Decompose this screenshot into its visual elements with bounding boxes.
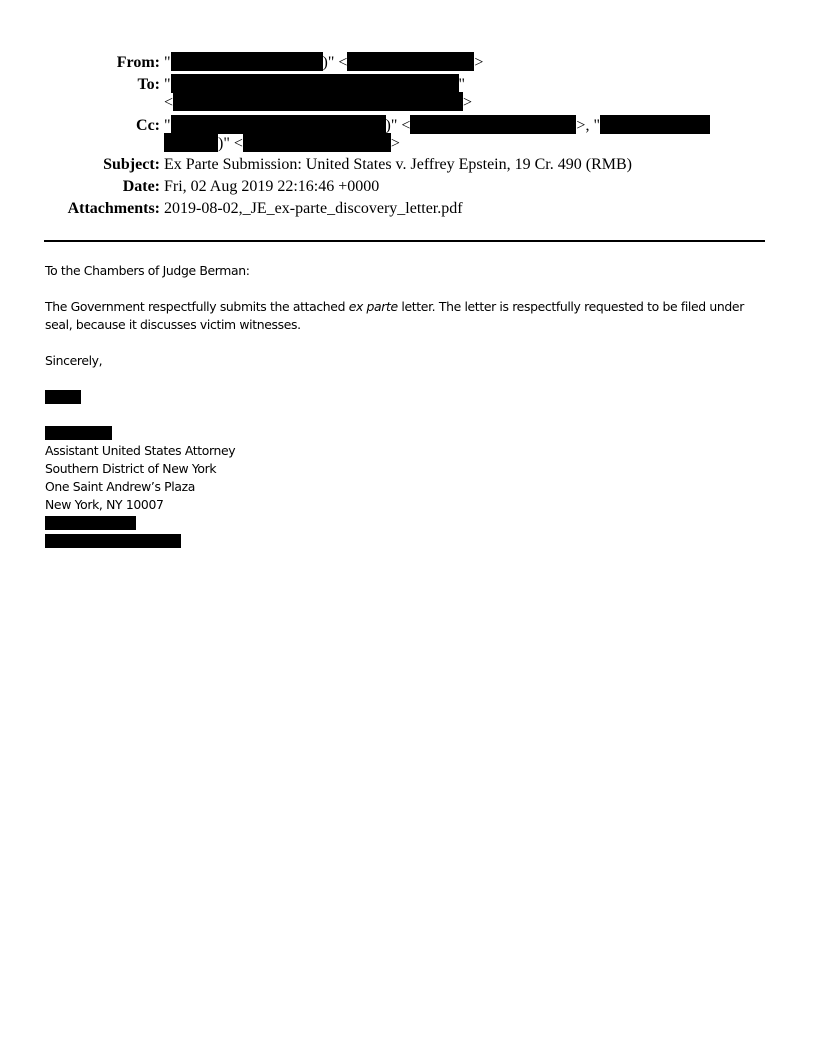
punct: )" <	[218, 135, 243, 152]
attachments-label: Attachments:	[68, 198, 160, 220]
redaction-cc-name-1	[171, 115, 386, 134]
punct: >, "	[576, 117, 600, 134]
redaction-cc-name-2a	[600, 115, 710, 134]
italic-text: ex parte	[349, 299, 398, 314]
subject-label: Subject:	[103, 154, 160, 176]
body-paragraph-line-2: seal, because it discusses victim witnes…	[45, 316, 301, 334]
attachment-filename[interactable]: 2019-08-02,_JE_ex-parte_discovery_letter…	[164, 198, 463, 220]
date-label: Date:	[123, 176, 160, 198]
redaction-signature-name	[45, 390, 81, 404]
text: The Government respectfully submits the …	[45, 299, 349, 314]
signature-address-city: New York, NY 10007	[45, 496, 164, 514]
signature-title: Assistant United States Attorney	[45, 442, 235, 460]
signature-office: Southern District of New York	[45, 460, 216, 478]
closing: Sincerely,	[45, 352, 102, 370]
redaction-signature-phone	[45, 516, 136, 530]
quote: "	[459, 76, 466, 93]
redaction-cc-address-1	[410, 115, 576, 134]
redaction-from-address	[347, 52, 474, 71]
body-paragraph-line-1: The Government respectfully submits the …	[45, 298, 744, 316]
redaction-cc-name-2b	[164, 133, 218, 152]
to-address: <>	[164, 92, 472, 114]
punct: )" <	[386, 117, 411, 134]
punct: )" <	[323, 54, 348, 71]
punct: <	[164, 94, 173, 111]
cc-label: Cc:	[136, 115, 160, 137]
punct: >	[463, 94, 472, 111]
punct: >	[391, 135, 400, 152]
redaction-from-name	[171, 52, 323, 71]
header-divider	[44, 240, 765, 242]
punct: >	[474, 54, 483, 71]
redaction-cc-address-2	[243, 133, 391, 152]
from-label: From:	[117, 52, 160, 74]
redaction-signature-fullname	[45, 426, 112, 440]
salutation: To the Chambers of Judge Berman:	[45, 262, 250, 280]
redaction-signature-email	[45, 534, 181, 548]
cc-value-cont: )" <>	[164, 133, 400, 155]
text: letter. The letter is respectfully reque…	[398, 299, 744, 314]
to-label: To:	[137, 74, 160, 96]
date-value: Fri, 02 Aug 2019 22:16:46 +0000	[164, 176, 379, 198]
redaction-to-address	[173, 92, 463, 111]
subject-value: Ex Parte Submission: United States v. Je…	[164, 154, 632, 176]
signature-address-street: One Saint Andrew’s Plaza	[45, 478, 195, 496]
from-value: ")" <>	[164, 52, 483, 74]
redaction-to-name	[171, 74, 459, 93]
